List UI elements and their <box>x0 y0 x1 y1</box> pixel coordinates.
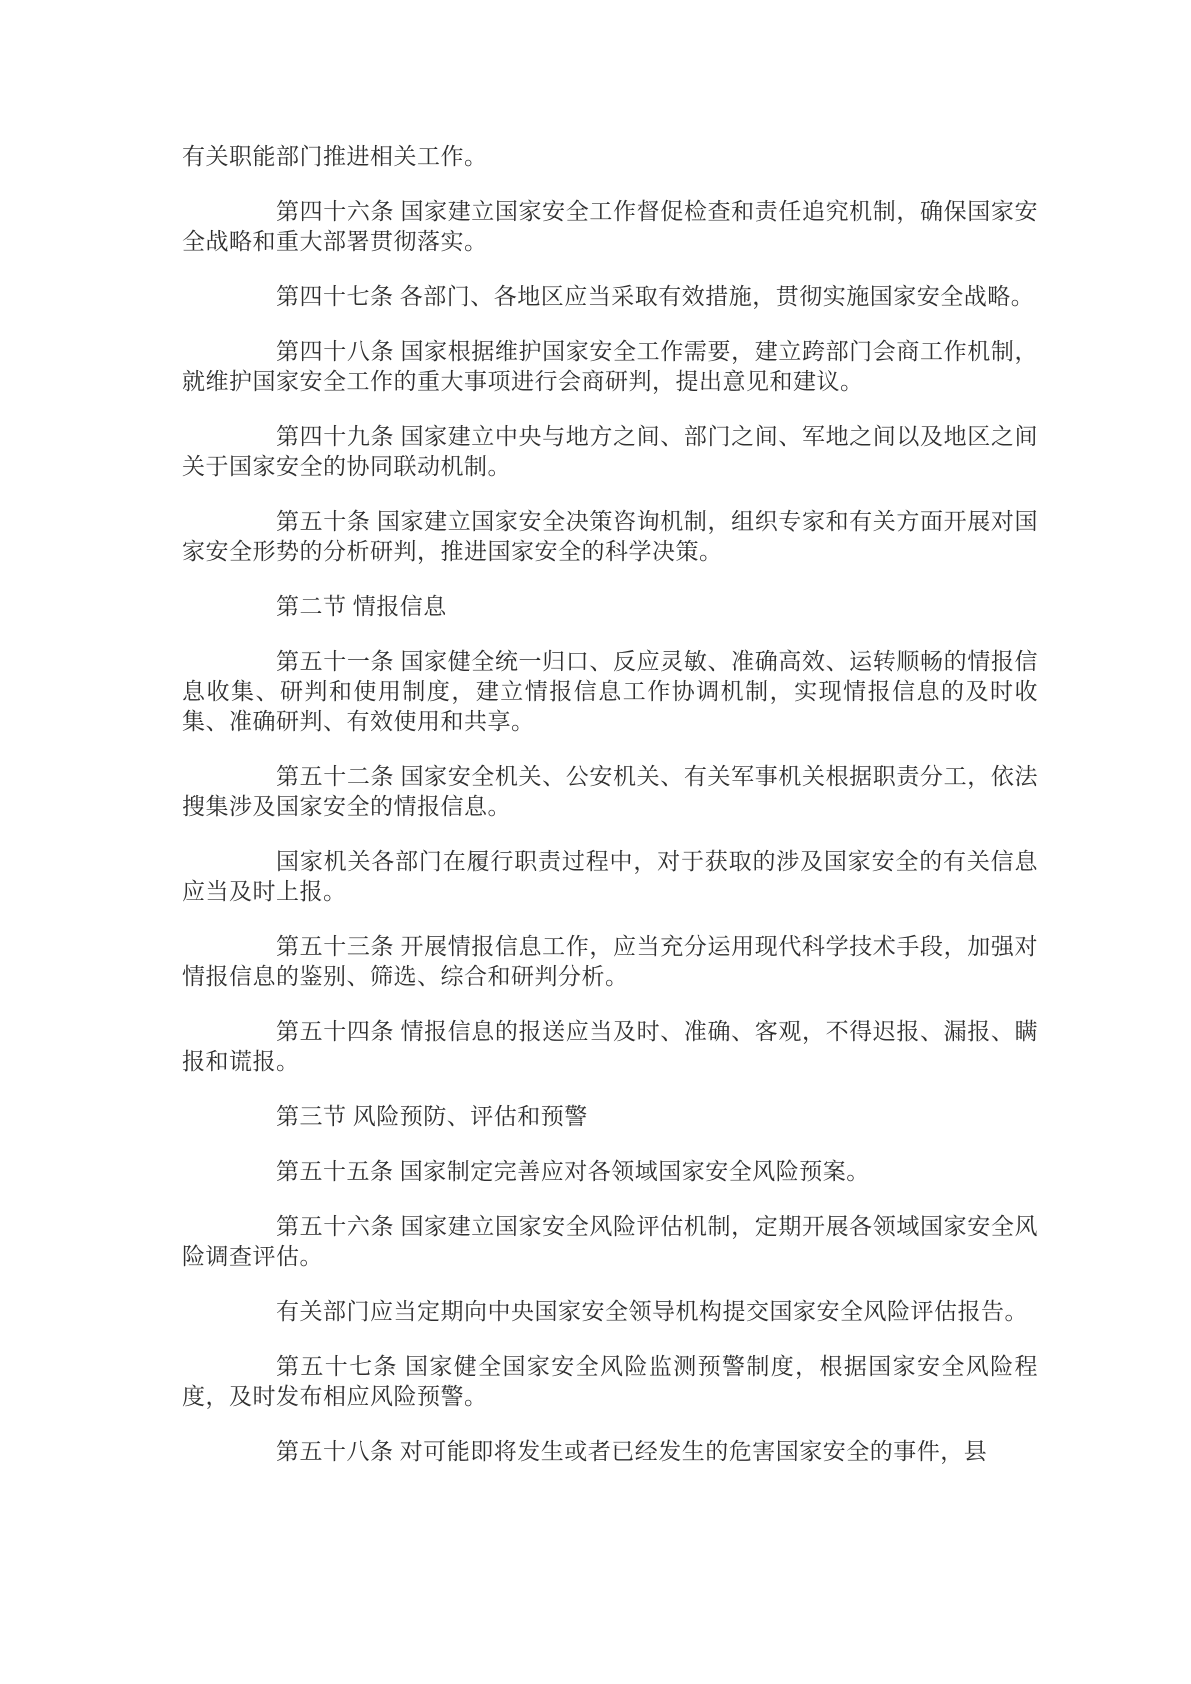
paragraph-article-52: 第五十二条 国家安全机关、公安机关、有关军事机关根据职责分工，依法搜集涉及国家安… <box>182 762 1038 822</box>
paragraph-article-47: 第四十七条 各部门、各地区应当采取有效措施，贯彻实施国家安全战略。 <box>182 282 1038 312</box>
paragraph-article-54: 第五十四条 情报信息的报送应当及时、准确、客观，不得迟报、漏报、瞒报和谎报。 <box>182 1017 1038 1077</box>
paragraph-article-49: 第四十九条 国家建立中央与地方之间、部门之间、军地之间以及地区之间关于国家安全的… <box>182 422 1038 482</box>
paragraph-article-58: 第五十八条 对可能即将发生或者已经发生的危害国家安全的事件，县 <box>182 1437 1038 1467</box>
paragraph-article-55: 第五十五条 国家制定完善应对各领域国家安全风险预案。 <box>182 1157 1038 1187</box>
paragraph-article-52-cont: 国家机关各部门在履行职责过程中，对于获取的涉及国家安全的有关信息应当及时上报。 <box>182 847 1038 907</box>
paragraph-article-56: 第五十六条 国家建立国家安全风险评估机制，定期开展各领域国家安全风险调查评估。 <box>182 1212 1038 1272</box>
paragraph-continuation: 有关职能部门推进相关工作。 <box>182 142 1038 172</box>
paragraph-article-56-cont: 有关部门应当定期向中央国家安全领导机构提交国家安全风险评估报告。 <box>182 1297 1038 1327</box>
paragraph-article-57: 第五十七条 国家健全国家安全风险监测预警制度，根据国家安全风险程度，及时发布相应… <box>182 1352 1038 1412</box>
paragraph-article-46: 第四十六条 国家建立国家安全工作督促检查和责任追究机制，确保国家安全战略和重大部… <box>182 197 1038 257</box>
document-text-block: 有关职能部门推进相关工作。 第四十六条 国家建立国家安全工作督促检查和责任追究机… <box>182 142 1038 1467</box>
paragraph-article-53: 第五十三条 开展情报信息工作，应当充分运用现代科学技术手段，加强对情报信息的鉴别… <box>182 932 1038 992</box>
section-heading-2: 第二节 情报信息 <box>182 592 1038 622</box>
section-heading-3: 第三节 风险预防、评估和预警 <box>182 1102 1038 1132</box>
paragraph-article-48: 第四十八条 国家根据维护国家安全工作需要，建立跨部门会商工作机制，就维护国家安全… <box>182 337 1038 397</box>
document-page: 有关职能部门推进相关工作。 第四十六条 国家建立国家安全工作督促检查和责任追究机… <box>0 0 1191 1684</box>
paragraph-article-50: 第五十条 国家建立国家安全决策咨询机制，组织专家和有关方面开展对国家安全形势的分… <box>182 507 1038 567</box>
paragraph-article-51: 第五十一条 国家健全统一归口、反应灵敏、准确高效、运转顺畅的情报信息收集、研判和… <box>182 647 1038 737</box>
